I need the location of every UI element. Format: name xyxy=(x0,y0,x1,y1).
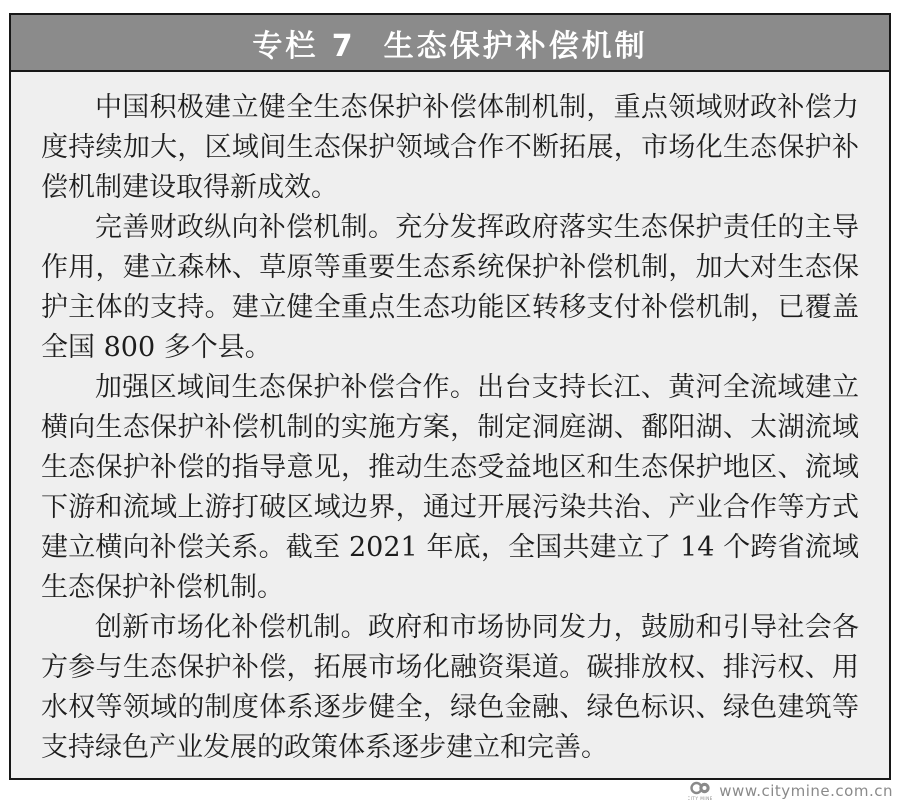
box-panel: 专栏 7 生态保护补偿机制 中国积极建立健全生态保护补偿体制机制，重点领域财政补… xyxy=(9,13,891,780)
paragraph-3: 加强区域间生态保护补偿合作。出台支持长江、黄河全流域建立横向生态保护补偿机制的实… xyxy=(41,368,859,608)
watermark: CITY MINE www.citymine.com.cn xyxy=(688,780,893,801)
citymine-logo-icon: CITY MINE xyxy=(688,781,712,801)
box-header: 专栏 7 生态保护补偿机制 xyxy=(11,15,889,72)
paragraph-2: 完善财政纵向补偿机制。充分发挥政府落实生态保护责任的主导作用，建立森林、草原等重… xyxy=(41,208,859,368)
box-header-title: 生态保护补偿机制 xyxy=(384,21,648,65)
paragraph-1: 中国积极建立健全生态保护补偿体制机制，重点领域财政补偿力度持续加大，区域间生态保… xyxy=(41,88,859,208)
citymine-logo-text: CITY MINE xyxy=(688,796,712,801)
box-body: 中国积极建立健全生态保护补偿体制机制，重点领域财政补偿力度持续加大，区域间生态保… xyxy=(11,72,889,780)
box-header-label: 专栏 7 xyxy=(252,21,355,65)
paragraph-4: 创新市场化补偿机制。政府和市场协同发力，鼓励和引导社会各方参与生态保护补偿，拓展… xyxy=(41,608,859,768)
watermark-url: www.citymine.com.cn xyxy=(719,782,893,800)
